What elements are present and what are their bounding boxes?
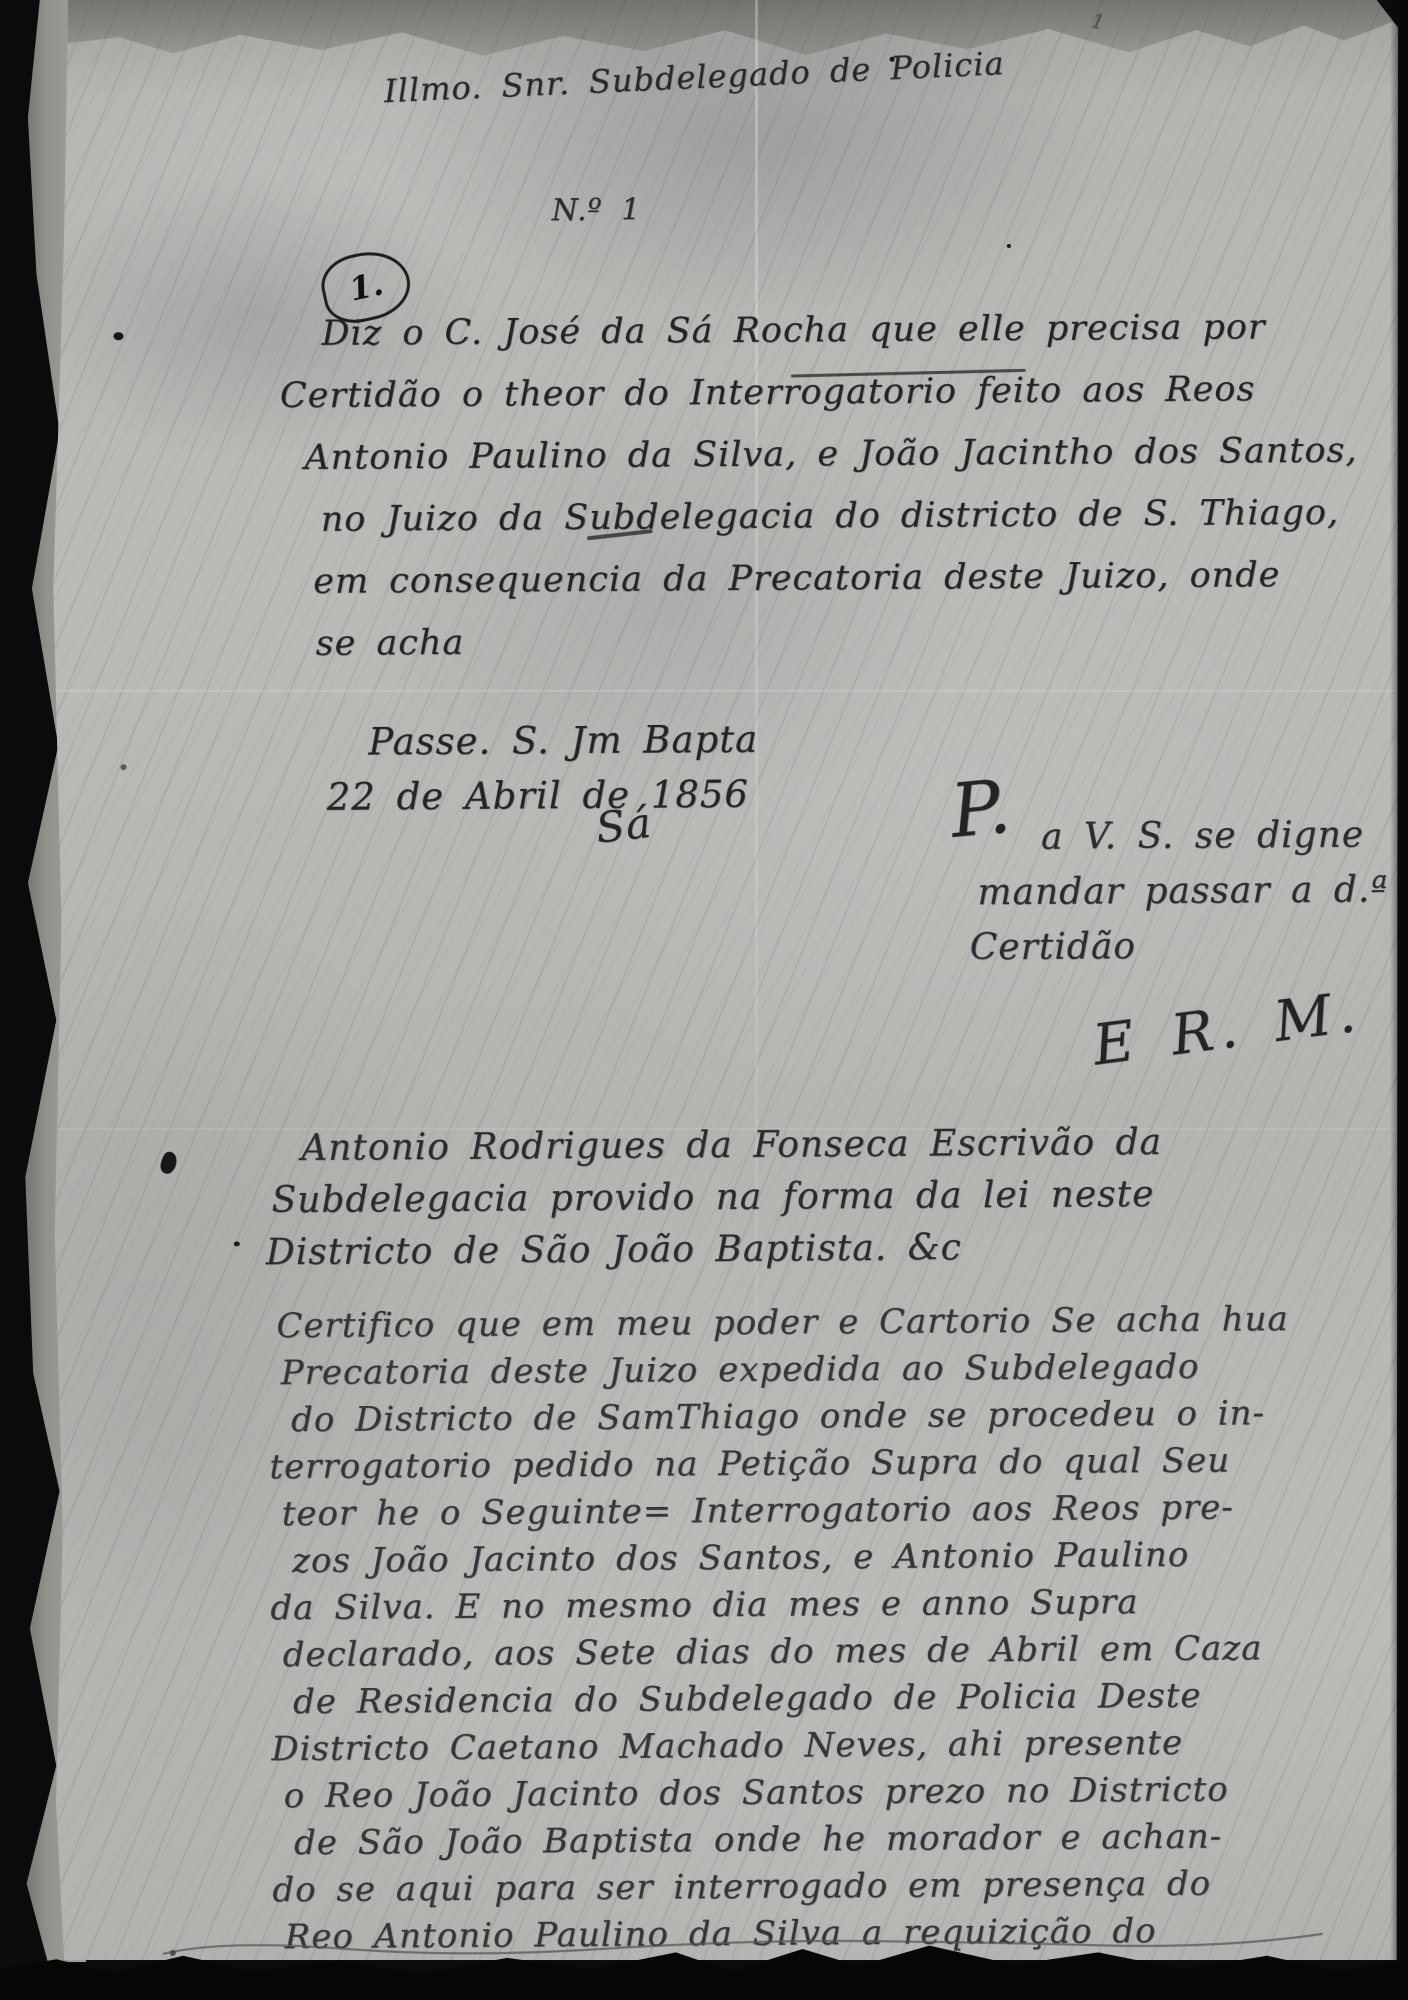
ink-speck bbox=[120, 764, 126, 770]
manuscript-line: de São João Baptista onde he morador e a… bbox=[294, 1812, 1408, 1867]
handwriting-layer: Illmo. Snr. Subdelegado de Policia 1 N.º… bbox=[45, 0, 1405, 1965]
manuscript-line: Diz o C. José da Sá Rocha que elle preci… bbox=[321, 295, 1393, 364]
manuscript-line: Certidão o theor do Interrogatorio feito… bbox=[280, 357, 1394, 427]
ink-blot bbox=[158, 1150, 180, 1176]
manuscript-line: em consequencia da Precatoria deste Juiz… bbox=[313, 543, 1395, 613]
manuscript-line: de Residencia do Subdelegado de Policia … bbox=[293, 1671, 1408, 1726]
manuscript-line: teor he o Seguinte= Interrogatorio aos R… bbox=[282, 1483, 1408, 1538]
manuscript-line: da Silva. E no mesmo dia mes e anno Supr… bbox=[270, 1577, 1408, 1632]
manuscript-line: terrogatorio pedido na Petição Supra do … bbox=[269, 1436, 1408, 1491]
manuscript-line: Districto Caetano Machado Neves, ahi pre… bbox=[271, 1718, 1408, 1773]
manuscript-line: Certidão bbox=[970, 917, 1389, 975]
manuscript-page: Illmo. Snr. Subdelegado de Policia 1 N.º… bbox=[52, 0, 1398, 1960]
manuscript-line: se acha bbox=[315, 605, 1395, 675]
clerk-heading: Antonio Rodrigues da Fonseca Escrivão da… bbox=[265, 1117, 1163, 1279]
manuscript-line: do Districto de SamThiago onde se proced… bbox=[291, 1389, 1408, 1444]
ink-speck bbox=[890, 57, 895, 62]
certificate-paragraph: Certifico que em meu poder e Cartorio Se… bbox=[268, 1295, 1408, 1961]
manuscript-line: Passe. S. Jm Bapta bbox=[368, 712, 758, 770]
manuscript-line: zos João Jacinto dos Santos, e Antonio P… bbox=[292, 1530, 1408, 1585]
closing-formula: E R. M. bbox=[1089, 979, 1365, 1078]
manuscript-line: a V. S. se digne bbox=[1041, 807, 1388, 864]
ink-speck bbox=[113, 332, 123, 340]
manuscript-line: Districto de São João Baptista. &c bbox=[266, 1221, 1163, 1279]
manuscript-line: o Reo João Jacinto dos Santos prezo no D… bbox=[284, 1765, 1408, 1820]
petition-paragraph: Diz o C. José da Sá Rocha que elle preci… bbox=[263, 295, 1396, 675]
scan-right-edge bbox=[1390, 0, 1408, 2000]
manuscript-line: Subdelegacia provido na forma da lei nes… bbox=[271, 1169, 1162, 1227]
ink-speck bbox=[1007, 244, 1011, 248]
manuscript-line: Certifico que em meu poder e Cartorio Se… bbox=[276, 1295, 1408, 1350]
manuscript-line: Precatoria deste Juizo expedida ao Subde… bbox=[281, 1342, 1408, 1397]
manuscript-line: no Juizo da Subdelegacia do districto de… bbox=[321, 481, 1395, 550]
document-number: N.º 1 bbox=[552, 193, 642, 229]
petitioner-signature: Sá bbox=[593, 798, 654, 853]
deferral-request-block: a V. S. se dignemandar passar a d.ªCerti… bbox=[969, 807, 1389, 975]
manuscript-line: mandar passar a d.ª bbox=[977, 862, 1388, 920]
place-date-block: Passe. S. Jm Bapta22 de Abril de 1856 bbox=[326, 712, 759, 825]
manuscript-line: 22 de Abril de 1856 bbox=[327, 767, 759, 825]
corner-annotation: 1 bbox=[1089, 8, 1107, 34]
ink-speck bbox=[234, 1241, 240, 1246]
document-scan: Illmo. Snr. Subdelegado de Policia 1 N.º… bbox=[0, 0, 1408, 2000]
manuscript-line: Antonio Rodrigues da Fonseca Escrivão da bbox=[301, 1117, 1162, 1175]
document-header: Illmo. Snr. Subdelegado de Policia bbox=[383, 44, 1005, 110]
manuscript-line: declarado, aos Sete dias do mes de Abril… bbox=[283, 1624, 1408, 1679]
manuscript-line: Antonio Paulino da Silva, e João Jacinth… bbox=[304, 419, 1394, 489]
manuscript-line: do se aqui para ser interrogado em prese… bbox=[272, 1859, 1408, 1914]
